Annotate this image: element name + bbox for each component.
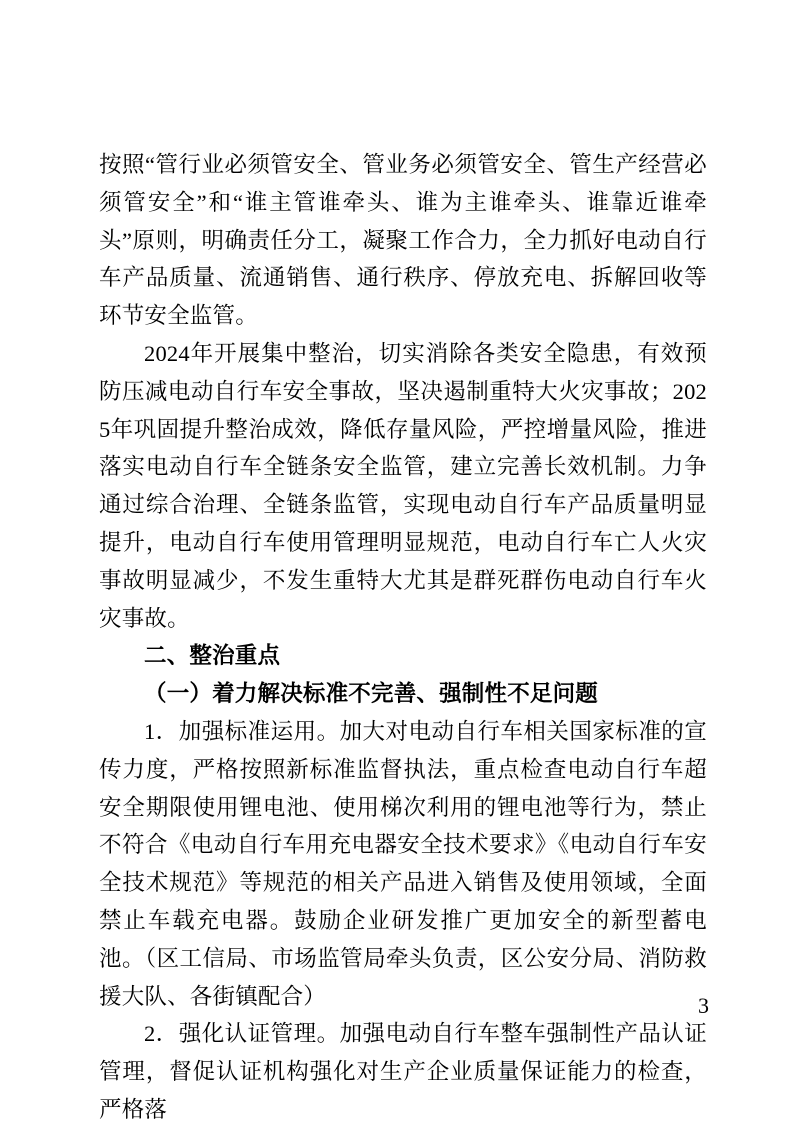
paragraph-responsibility-principles: 按照“管行业必须管安全、管业务必须管安全、管生产经营必须管安全”和“谁主管谁牵头…	[99, 146, 707, 335]
subsection-heading-standards-problem: （一）着力解决标准不完善、强制性不足问题	[99, 675, 707, 713]
paragraph-item-2-certification: 2．强化认证管理。加强电动自行车整车强制性产品认证管理，督促认证机构强化对生产企…	[99, 1015, 707, 1122]
section-heading-key-points: 二、整治重点	[99, 637, 707, 675]
paragraph-2024-2025-goals: 2024年开展集中整治，切实消除各类安全隐患，有效预防压减电动自行车安全事故，坚…	[99, 335, 707, 637]
page-number: 3	[0, 993, 709, 1019]
document-page: 按照“管行业必须管安全、管业务必须管安全、管生产经营必须管安全”和“谁主管谁牵头…	[0, 0, 793, 1122]
paragraph-item-1-standards: 1．加强标准运用。加大对电动自行车相关国家标准的宣传力度，严格按照新标准监督执法…	[99, 713, 707, 1015]
document-text-block: 按照“管行业必须管安全、管业务必须管安全、管生产经营必须管安全”和“谁主管谁牵头…	[99, 146, 707, 1122]
